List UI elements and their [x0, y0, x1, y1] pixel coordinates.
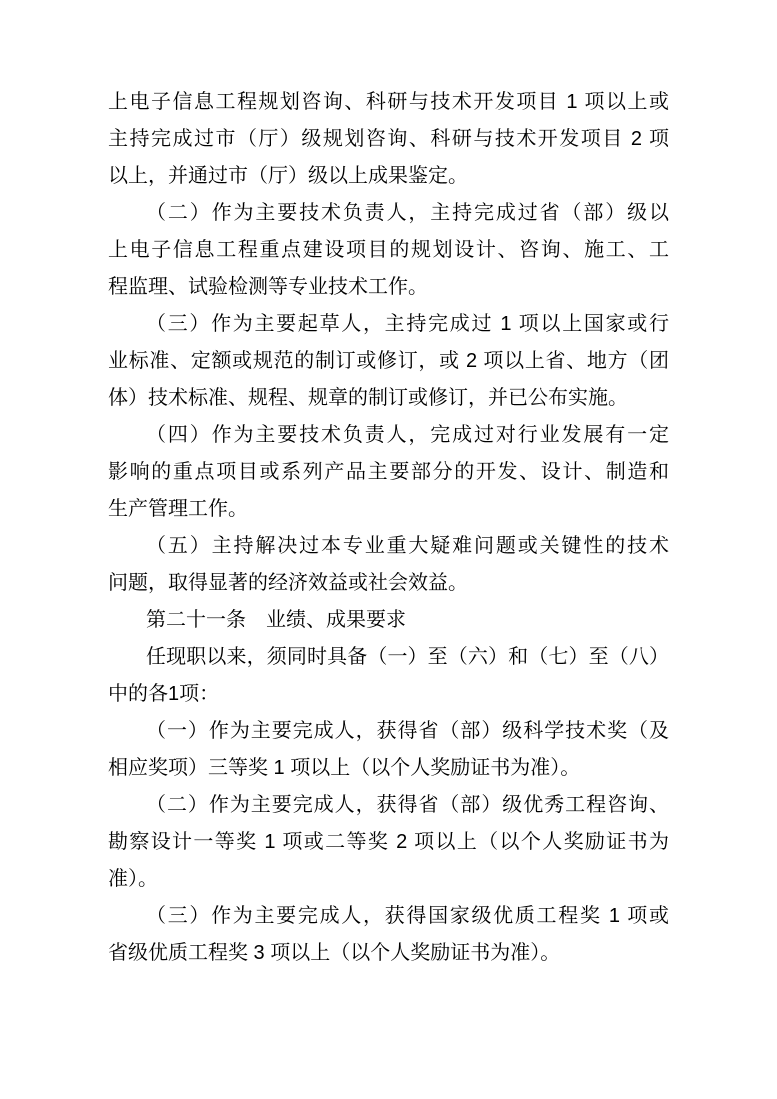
text-line: 体）技术标准、规程、规章的制订或修订，并已公布实施。 [108, 380, 669, 417]
text-line: 影响的重点项目或系列产品主要部分的开发、设计、制造和 [108, 454, 669, 491]
text-line: 准）。 [108, 861, 669, 898]
text-line: 业标准、定额或规范的制订或修订，或 2 项以上省、地方（团 [108, 343, 669, 380]
text-line: （一）作为主要完成人，获得省（部）级科学技术奖（及 [108, 713, 669, 750]
document-page: 上电子信息工程规划咨询、科研与技术开发项目 1 项以上或主持完成过市（厅）级规划… [0, 0, 777, 1099]
text-line: 程监理、试验检测等专业技术工作。 [108, 269, 669, 306]
text-line: （四）作为主要技术负责人，完成过对行业发展有一定 [108, 417, 669, 454]
paragraph-achievement-2: （二）作为主要完成人，获得省（部）级优秀工程咨询、勘察设计一等奖 1 项或二等奖… [108, 787, 669, 898]
article-heading-line: 第二十一条 业绩、成果要求 [108, 602, 669, 639]
text-line: 上电子信息工程重点建设项目的规划设计、咨询、施工、工 [108, 232, 669, 269]
text-line: （三）作为主要起草人，主持完成过 1 项以上国家或行 [108, 306, 669, 343]
paragraph-requirement-intro: 任现职以来，须同时具备（一）至（六）和（七）至（八）中的各1项： [108, 639, 669, 713]
text-line: （二）作为主要完成人，获得省（部）级优秀工程咨询、 [108, 787, 669, 824]
paragraph-continuation: 上电子信息工程规划咨询、科研与技术开发项目 1 项以上或主持完成过市（厅）级规划… [108, 84, 669, 195]
text-line: （三）作为主要完成人，获得国家级优质工程奖 1 项或 [108, 898, 669, 935]
paragraph-achievement-1: （一）作为主要完成人，获得省（部）级科学技术奖（及相应奖项）三等奖 1 项以上（… [108, 713, 669, 787]
text-line: 中的各1项： [108, 676, 669, 713]
paragraph-item-2: （二）作为主要技术负责人，主持完成过省（部）级以上电子信息工程重点建设项目的规划… [108, 195, 669, 306]
text-line: 问题，取得显著的经济效益或社会效益。 [108, 565, 669, 602]
paragraph-item-3: （三）作为主要起草人，主持完成过 1 项以上国家或行业标准、定额或规范的制订或修… [108, 306, 669, 417]
text-line: （五）主持解决过本专业重大疑难问题或关键性的技术 [108, 528, 669, 565]
text-line: 主持完成过市（厅）级规划咨询、科研与技术开发项目 2 项 [108, 121, 669, 158]
text-line: （二）作为主要技术负责人，主持完成过省（部）级以 [108, 195, 669, 232]
text-line: 以上，并通过市（厅）级以上成果鉴定。 [108, 158, 669, 195]
text-line: 生产管理工作。 [108, 491, 669, 528]
article-heading: 第二十一条 业绩、成果要求 [108, 602, 669, 639]
paragraph-achievement-3: （三）作为主要完成人，获得国家级优质工程奖 1 项或省级优质工程奖 3 项以上（… [108, 898, 669, 972]
text-line: 勘察设计一等奖 1 项或二等奖 2 项以上（以个人奖励证书为 [108, 824, 669, 861]
text-line: 上电子信息工程规划咨询、科研与技术开发项目 1 项以上或 [108, 84, 669, 121]
paragraph-item-4: （四）作为主要技术负责人，完成过对行业发展有一定影响的重点项目或系列产品主要部分… [108, 417, 669, 528]
text-line: 任现职以来，须同时具备（一）至（六）和（七）至（八） [108, 639, 669, 676]
document-body: 上电子信息工程规划咨询、科研与技术开发项目 1 项以上或主持完成过市（厅）级规划… [108, 84, 669, 972]
text-line: 省级优质工程奖 3 项以上（以个人奖励证书为准）。 [108, 935, 669, 972]
paragraph-item-5: （五）主持解决过本专业重大疑难问题或关键性的技术问题，取得显著的经济效益或社会效… [108, 528, 669, 602]
text-line: 相应奖项）三等奖 1 项以上（以个人奖励证书为准）。 [108, 750, 669, 787]
